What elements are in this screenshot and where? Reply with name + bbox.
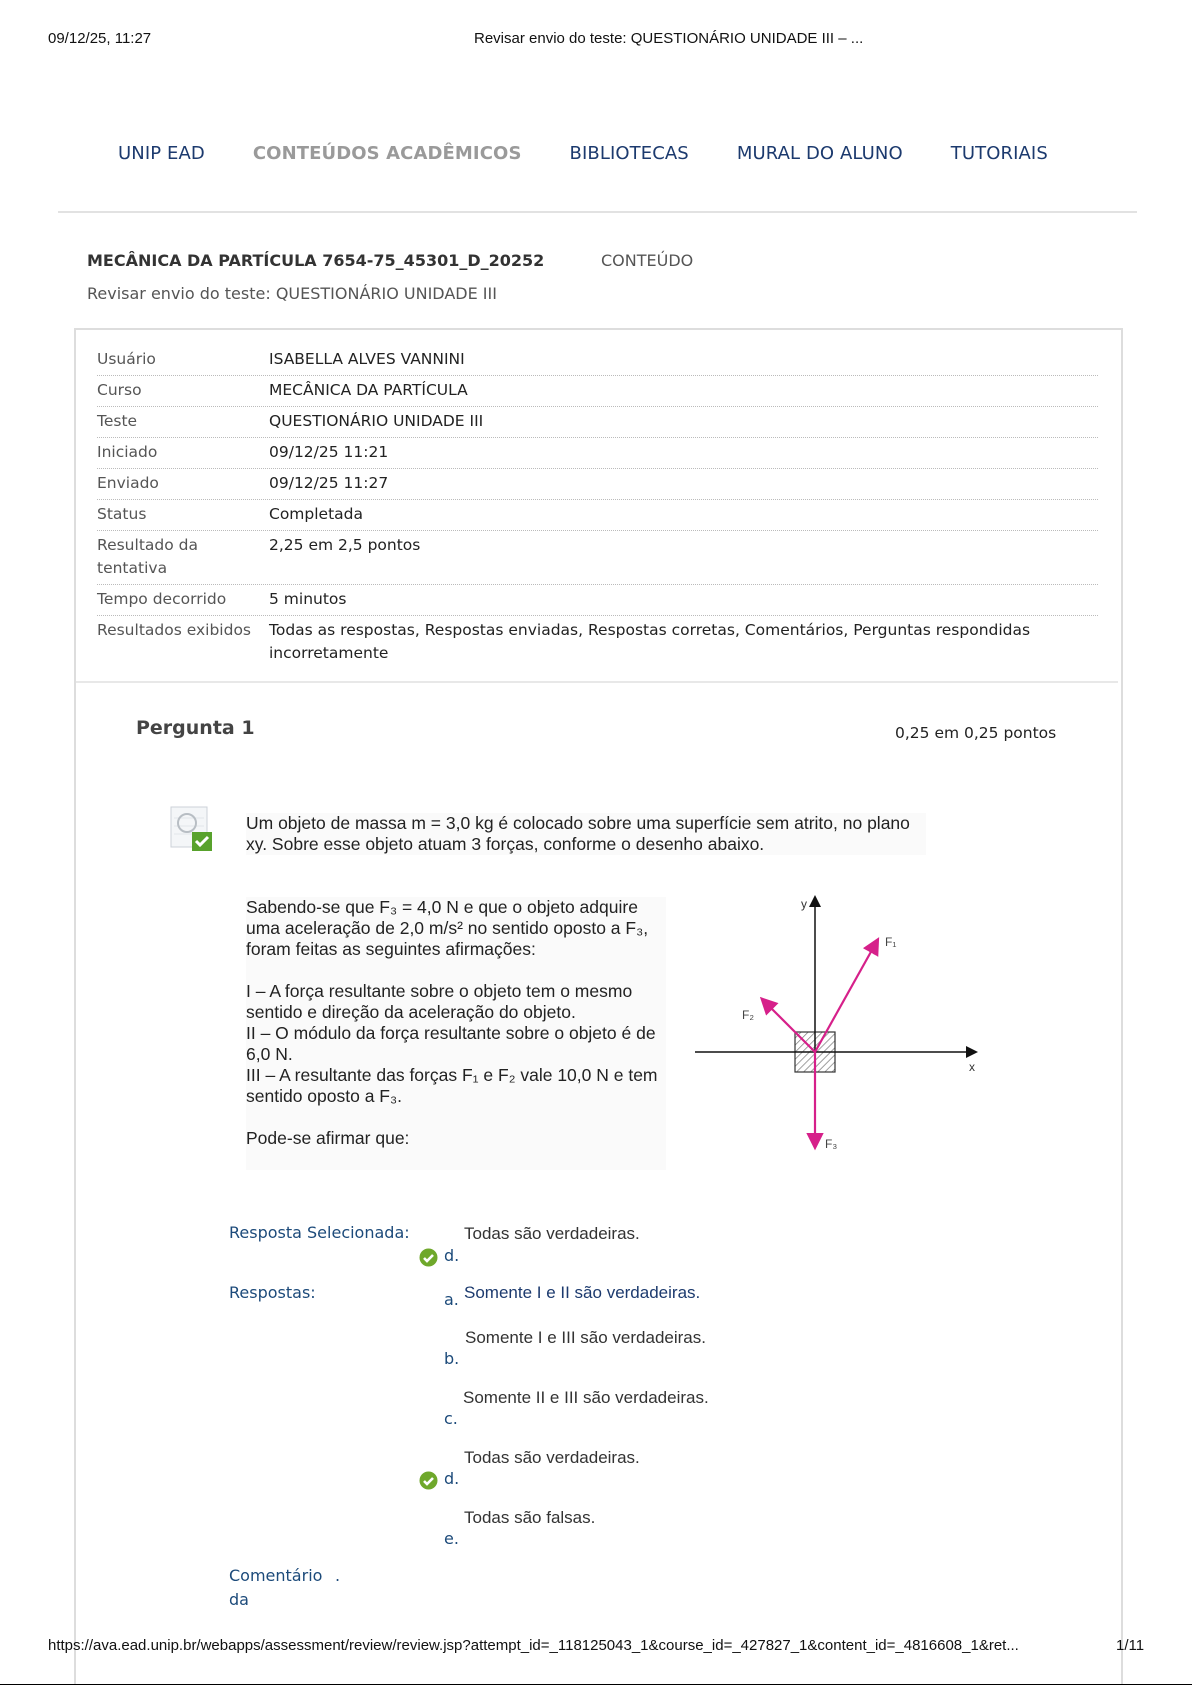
question-body: Sabendo-se que F₃ = 4,0 N e que o objeto… [246, 897, 666, 1170]
info-value: 09/12/25 11:27 [269, 472, 1098, 495]
nav-unip-ead[interactable]: UNIP EAD [118, 143, 205, 164]
info-label: Resultados exibidos [97, 619, 269, 665]
print-title: Revisar envio do teste: QUESTIONÁRIO UNI… [474, 30, 863, 47]
info-label: Usuário [97, 348, 269, 371]
info-label: Curso [97, 379, 269, 402]
info-row-usuario: Usuário ISABELLA ALVES VANNINI [97, 345, 1098, 376]
nav-divider [58, 211, 1137, 213]
info-value: MECÂNICA DA PARTÍCULA [269, 379, 1098, 402]
feedback-label: Comentário [229, 1566, 322, 1585]
info-row-status: Status Completada [97, 500, 1098, 531]
feedback-dot: . [335, 1566, 340, 1585]
answer-letter-d: d. [444, 1469, 459, 1488]
info-label: Resultado da tentativa [97, 534, 247, 580]
question-title: Pergunta 1 [136, 717, 255, 739]
course-title[interactable]: MECÂNICA DA PARTÍCULA 7654-75_45301_D_20… [87, 251, 544, 270]
svg-text:F₁: F₁ [885, 935, 896, 949]
answer-option-e: Todas são falsas. [464, 1508, 595, 1528]
force-diagram: x y F₁ F₂ F₃ [685, 886, 985, 1156]
selected-answer-label: Resposta Selecionada: [229, 1223, 410, 1242]
info-value: 5 minutos [269, 588, 1098, 611]
info-row-enviado: Enviado 09/12/25 11:27 [97, 469, 1098, 500]
breadcrumb-content-link[interactable]: CONTEÚDO [601, 251, 693, 270]
answer-letter-a: a. [444, 1290, 459, 1309]
info-row-resultado: Resultado da tentativa 2,25 em 2,5 ponto… [97, 531, 1098, 585]
answer-option-b: Somente I e III são verdadeiras. [465, 1328, 706, 1348]
answer-option-a: Somente I e II são verdadeiras. [464, 1283, 700, 1303]
info-row-teste: Teste QUESTIONÁRIO UNIDADE III [97, 407, 1098, 438]
correct-answer-icon [170, 806, 216, 852]
nav-bibliotecas[interactable]: BIBLIOTECAS [570, 143, 689, 164]
info-value: 2,25 em 2,5 pontos [269, 534, 1098, 580]
answer-letter-c: c. [444, 1409, 458, 1428]
print-url: https://ava.ead.unip.br/webapps/assessme… [48, 1637, 1019, 1654]
info-row-curso: Curso MECÂNICA DA PARTÍCULA [97, 376, 1098, 407]
answer-letter-b: b. [444, 1349, 459, 1368]
nav-conteudos-academicos[interactable]: CONTEÚDOS ACADÊMICOS [253, 143, 522, 164]
top-navigation: UNIP EAD CONTEÚDOS ACADÊMICOS BIBLIOTECA… [118, 143, 1096, 164]
info-label: Iniciado [97, 441, 269, 464]
check-icon [419, 1248, 438, 1267]
svg-text:y: y [801, 897, 807, 911]
info-row-iniciado: Iniciado 09/12/25 11:21 [97, 438, 1098, 469]
info-label: Enviado [97, 472, 269, 495]
check-icon [419, 1471, 438, 1490]
answer-letter-e: e. [444, 1529, 459, 1548]
info-value: 09/12/25 11:21 [269, 441, 1098, 464]
answer-option-c: Somente II e III são verdadeiras. [463, 1388, 709, 1408]
info-value: Completada [269, 503, 1098, 526]
statement-ii: II – O módulo da força resultante sobre … [246, 1023, 666, 1065]
svg-text:F₃: F₃ [825, 1137, 837, 1151]
info-value: Todas as respostas, Respostas enviadas, … [269, 619, 1098, 665]
answer-option-d: Todas são verdadeiras. [464, 1448, 640, 1468]
selected-answer-letter: d. [444, 1246, 459, 1265]
statement-i: I – A força resultante sobre o objeto te… [246, 981, 666, 1023]
info-value: QUESTIONÁRIO UNIDADE III [269, 410, 1098, 433]
info-row-resultados-exibidos: Resultados exibidos Todas as respostas, … [97, 616, 1098, 669]
attempt-info-table: Usuário ISABELLA ALVES VANNINI Curso MEC… [97, 345, 1098, 669]
nav-mural-do-aluno[interactable]: MURAL DO ALUNO [737, 143, 903, 164]
svg-text:x: x [969, 1060, 975, 1074]
nav-tutoriais[interactable]: TUTORIAIS [951, 143, 1048, 164]
svg-text:F₂: F₂ [742, 1008, 754, 1022]
info-label: Status [97, 503, 269, 526]
question-prompt: Pode-se afirmar que: [246, 1128, 666, 1149]
feedback-label-continued: da [229, 1590, 249, 1609]
info-label: Teste [97, 410, 269, 433]
selected-answer-text: Todas são verdadeiras. [464, 1224, 640, 1244]
answers-label: Respostas: [229, 1283, 316, 1302]
info-label: Tempo decorrido [97, 588, 269, 611]
question-given: Sabendo-se que F₃ = 4,0 N e que o objeto… [246, 897, 666, 960]
question-points: 0,25 em 0,25 pontos [895, 724, 1056, 742]
page-title: Revisar envio do teste: QUESTIONÁRIO UNI… [87, 284, 497, 303]
question-intro: Um objeto de massa m = 3,0 kg é colocado… [246, 813, 926, 855]
info-value: ISABELLA ALVES VANNINI [269, 348, 1098, 371]
page-number: 1/11 [1116, 1637, 1144, 1654]
print-date: 09/12/25, 11:27 [48, 30, 151, 47]
statement-iii: III – A resultante das forças F₁ e F₂ va… [246, 1065, 666, 1107]
info-row-tempo: Tempo decorrido 5 minutos [97, 585, 1098, 616]
